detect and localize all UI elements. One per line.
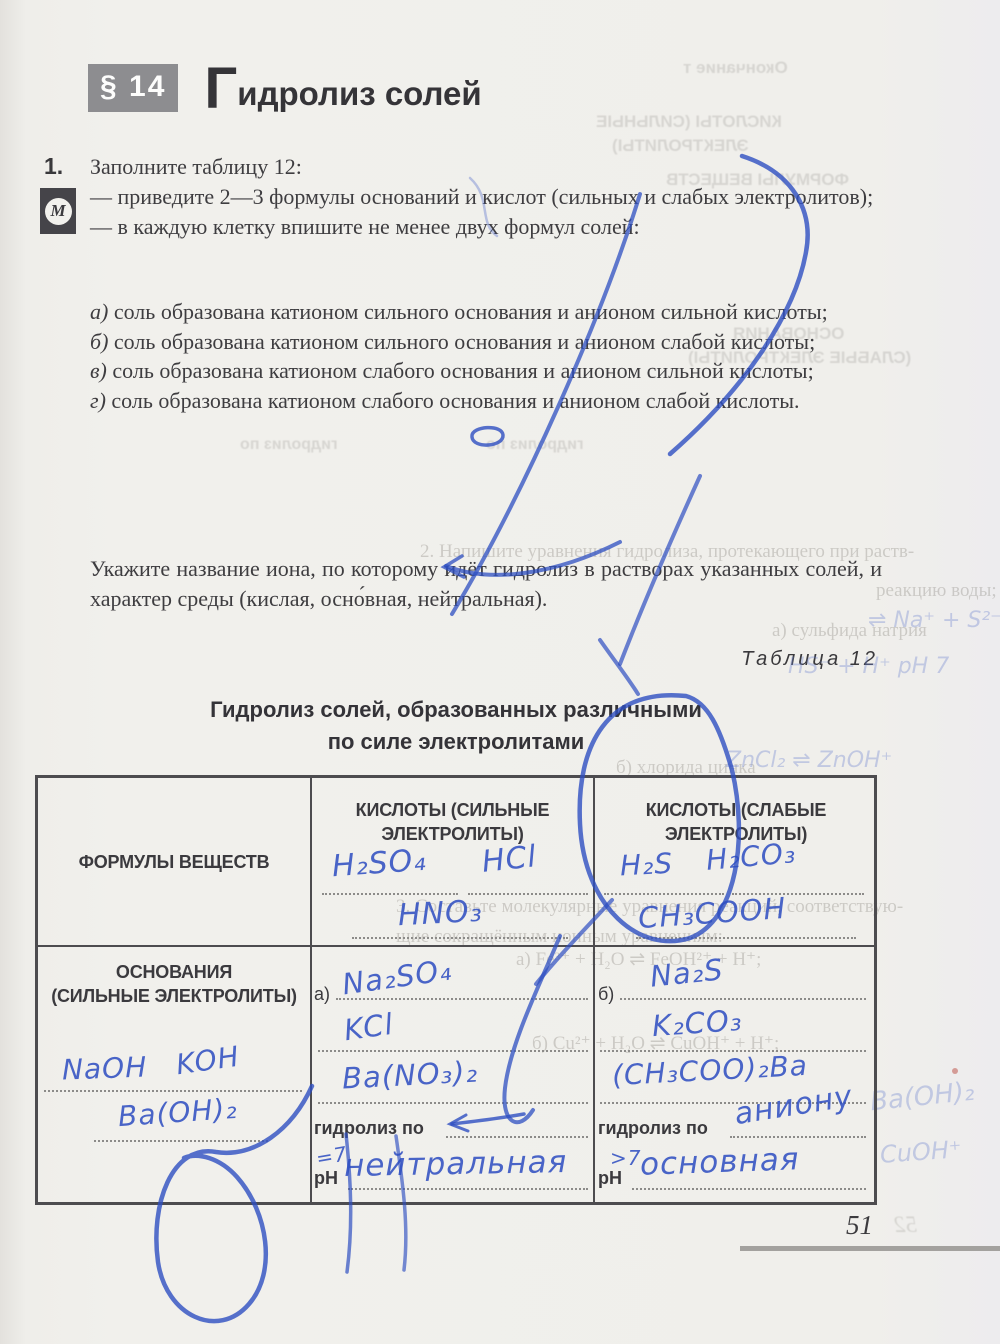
bleed-text: КИСЛОТЫ (СИЛЬНЫЕ — [596, 112, 782, 132]
col-header-substances: ФОРМУЛЫ ВЕЩЕСТВ — [38, 850, 310, 874]
answer-line[interactable] — [322, 893, 458, 895]
task-note: Укажите название иона, по которому идёт … — [90, 554, 882, 614]
col-header-line: КИСЛОТЫ (СИЛЬНЫЕ — [312, 798, 593, 822]
task-bullet-2: — в каждую клетку впишите не менее двух … — [90, 212, 882, 242]
table-row-divider — [38, 945, 874, 947]
answer-line[interactable] — [600, 1050, 866, 1052]
handwriting-strong-acid-2: HCl — [480, 839, 538, 880]
m-icon-letter: М — [45, 198, 72, 225]
item-letter: в) — [90, 358, 107, 383]
handwriting-cell-a-ph: нейтральная — [344, 1144, 568, 1184]
item-letter: а) — [90, 299, 108, 324]
bleed-text: ЭЛЕКТРОЛИТЫ) — [612, 136, 749, 156]
item-text: соль образована катионом слабого основан… — [111, 388, 799, 413]
col-header-weak-acids: КИСЛОТЫ (СЛАБЫЕ ЭЛЕКТРОЛИТЫ) — [595, 798, 877, 846]
answer-line[interactable] — [318, 1050, 588, 1052]
item-letter: г) — [90, 388, 106, 413]
bleed-text: реакцию воды; — [876, 580, 997, 602]
ph-label-a: рН — [314, 1168, 338, 1189]
bleed-text: гидролиз по — [240, 436, 338, 454]
hydrolysis-label-a: гидролиз по — [314, 1118, 424, 1139]
task-number: 1. — [44, 153, 63, 180]
page-title: Гидролиз солей — [204, 64, 481, 114]
col-header-line: ЭЛЕКТРОЛИТЫ) — [312, 822, 593, 846]
task-item-a: а) соль образована катионом сильного осн… — [90, 297, 882, 327]
bleed-text: Окончание т — [683, 58, 788, 78]
section-header: § 14 Гидролиз солей — [88, 64, 482, 114]
margin-m-icon: М — [40, 188, 76, 234]
item-text: соль образована катионом сильного основа… — [114, 299, 828, 324]
hydrolysis-label-b: гидролиз по — [598, 1118, 708, 1139]
handwriting-cell-a-salt-3: Ba(NO₃)₂ — [341, 1054, 479, 1095]
section-number-badge: § 14 — [88, 64, 178, 112]
bleed-text: (СЛАБЫЕ ЭЛЕКТРОЛИТЫ) — [688, 348, 911, 368]
handwriting-cell-b-ph: основная — [639, 1141, 800, 1183]
handwriting-cell-a-salt-2: KCl — [342, 1007, 396, 1048]
item-letter: б) — [90, 329, 108, 354]
cell-a-label: а) — [314, 984, 330, 1005]
ph-label-b: рН — [598, 1168, 622, 1189]
title-text: идролиз солей — [237, 74, 481, 114]
answer-line[interactable] — [632, 1188, 866, 1190]
table-title-line1: Гидролиз солей, образованных различными — [35, 697, 877, 723]
col-header-strong-acids: КИСЛОТЫ (СИЛЬНЫЕ ЭЛЕКТРОЛИТЫ) — [312, 798, 593, 846]
handwriting-strong-acid-1: H₂SO₄ — [331, 843, 427, 884]
answer-line[interactable] — [336, 998, 588, 1000]
col-header-line: КИСЛОТЫ (СЛАБЫЕ — [595, 798, 877, 822]
row-header-line: (СИЛЬНЫЕ ЭЛЕКТРОЛИТЫ) — [38, 984, 310, 1008]
footer-rule — [740, 1246, 1000, 1251]
bleed-text: ФОРМУЛЫ ВЕЩЕСТВ — [666, 170, 849, 190]
title-dropcap: Г — [204, 64, 237, 114]
answer-line[interactable] — [620, 998, 866, 1000]
bleed-text: гидролиз по — [486, 436, 584, 454]
bleed-handwriting: ZnCl₂ ⇌ ZnOH⁺ — [726, 748, 892, 773]
answer-line[interactable] — [636, 937, 856, 939]
answer-line[interactable] — [348, 1188, 588, 1190]
bleed-text: 2. Напишите уравнения гидролиза, протека… — [420, 541, 914, 563]
handwriting-cell-b-ph-mark: >7 — [610, 1146, 641, 1170]
answer-line[interactable] — [94, 1140, 268, 1142]
paper-speck — [952, 1068, 958, 1074]
row-header-line: ОСНОВАНИЯ — [38, 960, 310, 984]
cell-b-label: б) — [598, 984, 614, 1005]
bleed-handwriting: CuOH⁺ — [879, 1135, 962, 1169]
page-number: 51 — [846, 1210, 873, 1241]
answer-line[interactable] — [604, 893, 724, 895]
bleed-text: ОСНОВАНИЯ — [733, 324, 844, 344]
handwriting-weak-acid-1: H₂S — [619, 847, 674, 883]
bleed-page-number: 52 — [894, 1212, 917, 1238]
workbook-page: Окончание т КИСЛОТЫ (СИЛЬНЫЕ ЭЛЕКТРОЛИТЫ… — [0, 0, 1000, 1344]
answer-line[interactable] — [352, 937, 568, 939]
handwriting-strong-acid-3: HNO₃ — [397, 894, 483, 933]
answer-line[interactable] — [446, 1136, 588, 1138]
task-note-block: Укажите название иона, по которому идёт … — [90, 554, 882, 614]
answer-line[interactable] — [44, 1090, 302, 1092]
answer-line[interactable] — [318, 1102, 588, 1104]
answer-line[interactable] — [468, 893, 588, 895]
task-intro-block: Заполните таблицу 12: — приведите 2—3 фо… — [90, 152, 882, 242]
task-item-g: г) соль образована катионом слабого осно… — [90, 386, 882, 416]
pen-stroke — [600, 640, 638, 694]
handwriting-cell-b-salt-2: K₂CO₃ — [651, 1003, 743, 1043]
row-header-bases: ОСНОВАНИЯ (СИЛЬНЫЕ ЭЛЕКТРОЛИТЫ) — [38, 960, 310, 1008]
bleed-handwriting: Ba(OH)₂ — [869, 1077, 976, 1118]
bleed-handwriting: ⇌ Na⁺ + S²⁻ — [868, 608, 1000, 633]
handwriting-base-1: NaOH — [61, 1051, 147, 1087]
answer-line[interactable] — [730, 1136, 866, 1138]
bleed-handwriting: HS⁻ + H⁺ pH 7 — [788, 654, 949, 679]
